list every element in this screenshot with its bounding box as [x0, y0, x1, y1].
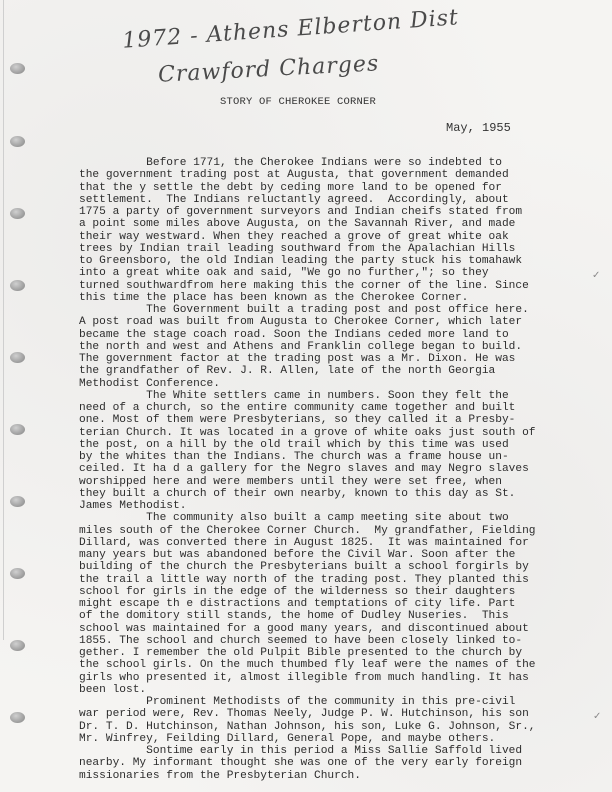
binder-hole-icon	[10, 352, 25, 363]
text-line: war period were, Rev. Thomas Neely, Judg…	[79, 708, 599, 720]
text-line: 1775 a party of government surveyors and…	[79, 206, 599, 218]
binder-hole-icon	[10, 712, 25, 723]
text-line: of the domitory still stands, the home o…	[79, 610, 599, 622]
text-line: this time the place has been known as th…	[79, 292, 599, 304]
text-line: James Methodist.	[79, 500, 599, 512]
text-line: nearby. My informant thought she was one…	[79, 757, 599, 769]
text-line: gether. I remember the old Pulpit Bible …	[79, 647, 599, 659]
handwritten-note-district: 1972 - Athens Elberton Dist	[122, 5, 460, 53]
text-line: that the y settle the debt by ceding mor…	[79, 182, 599, 194]
text-line: the trail a little way north of the trad…	[79, 574, 599, 586]
text-line: one. Most of them were Presbyterians, so…	[79, 414, 599, 426]
text-line: Prominent Methodists of the community in…	[79, 696, 599, 708]
check-mark-icon: ✓	[593, 711, 601, 722]
text-line: Dr. T. D. Hutchinson, Nathan Johnson, hi…	[79, 721, 599, 733]
document-date: May, 1955	[446, 121, 511, 135]
binder-hole-icon	[10, 63, 25, 74]
text-line: been lost.	[79, 684, 599, 696]
text-line: turned southwardfrom here making this th…	[79, 280, 599, 292]
text-line: A post road was built from Augusta to Ch…	[79, 316, 599, 328]
binder-hole-icon	[10, 568, 25, 579]
text-line: Mr. Winfrey, Feilding Dillard, General P…	[79, 733, 599, 745]
text-line: their way westward. When they reached a …	[79, 231, 599, 243]
handwritten-note-charges: Crawford Charges	[157, 51, 379, 88]
text-line: the school girls. On the much thumbed fl…	[79, 659, 599, 671]
text-line: terian Church. It was located in a grove…	[79, 427, 599, 439]
text-line: might escape th e distractions and tempt…	[79, 598, 599, 610]
text-line: became the stage coach road. Soon the In…	[79, 329, 599, 341]
text-line: the post, on a hill by the old trail whi…	[79, 439, 599, 451]
text-line: school for girls in the edge of the wild…	[79, 586, 599, 598]
text-line: missionaries from the Presbyterian Churc…	[79, 770, 599, 782]
text-line: The government factor at the trading pos…	[79, 353, 599, 365]
text-line: The Government built a trading post and …	[79, 304, 599, 316]
text-line: The community also built a camp meeting …	[79, 512, 599, 524]
binder-hole-icon	[10, 208, 25, 219]
binder-hole-icon	[10, 496, 25, 507]
text-line: Dillard, was converted there in August 1…	[79, 537, 599, 549]
document-page: 1972 - Athens Elberton Dist Crawford Cha…	[0, 0, 612, 792]
text-line: a point some miles above Augusta, on the…	[79, 218, 599, 230]
text-line: ceiled. It ha d a gallery for the Negro …	[79, 463, 599, 475]
check-mark-icon: ✓	[592, 270, 600, 281]
text-line: The White settlers came in numbers. Soon…	[79, 390, 599, 402]
text-line: Sontime early in this period a Miss Sall…	[79, 745, 599, 757]
text-line: settlement. The Indians reluctantly agre…	[79, 194, 599, 206]
binder-hole-icon	[10, 280, 25, 291]
document-body: Before 1771, the Cherokee Indians were s…	[79, 157, 599, 782]
text-line: they built a church of their own nearby,…	[79, 488, 599, 500]
text-line: school was maintained for a good many ye…	[79, 623, 599, 635]
binder-hole-icon	[10, 424, 25, 435]
text-line: the north and west and Athens and Frankl…	[79, 341, 599, 353]
margin-line	[3, 0, 4, 640]
text-line: Methodist Conference.	[79, 378, 599, 390]
binder-hole-icon	[10, 640, 25, 651]
text-line: Before 1771, the Cherokee Indians were s…	[79, 157, 599, 169]
binder-hole-icon	[10, 136, 25, 147]
text-line: miles south of the Cherokee Corner Churc…	[79, 525, 599, 537]
text-line: to Greensboro, the old Indian leading th…	[79, 255, 599, 267]
text-line: worshipped here and were members until t…	[79, 476, 599, 488]
text-line: 1855. The school and church seemed to ha…	[79, 635, 599, 647]
text-line: building of the church the Presbyterians…	[79, 561, 599, 573]
text-line: into a great white oak and said, "We go …	[79, 267, 599, 279]
text-line: need of a church, so the entire communit…	[79, 402, 599, 414]
document-title: STORY OF CHEROKEE CORNER	[220, 96, 376, 108]
text-line: the grandfather of Rev. J. R. Allen, lat…	[79, 365, 599, 377]
text-line: girls who presented it, almost illegible…	[79, 672, 599, 684]
text-line: the government trading post at Augusta, …	[79, 169, 599, 181]
text-line: by the whites than the Indians. The chur…	[79, 451, 599, 463]
text-line: many years but was abandoned before the …	[79, 549, 599, 561]
text-line: trees by Indian trail leading southward …	[79, 243, 599, 255]
